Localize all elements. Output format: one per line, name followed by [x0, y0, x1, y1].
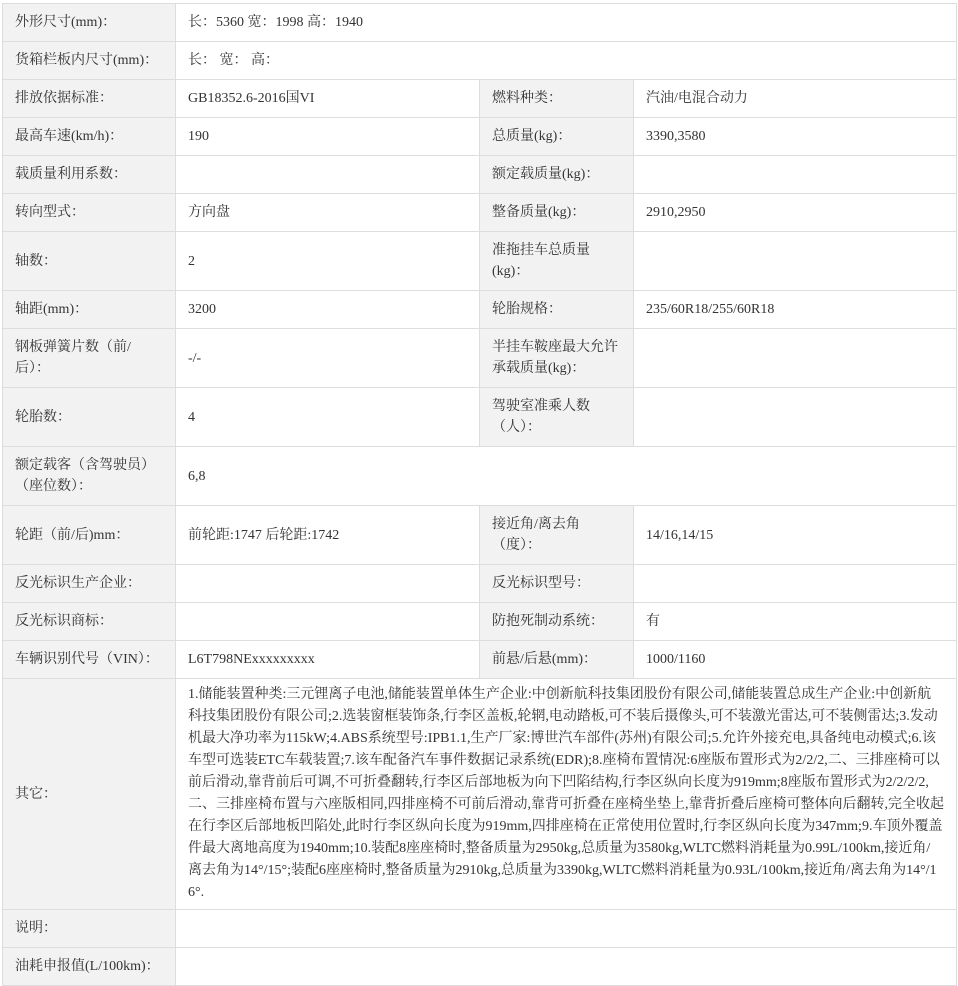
spec-label: 轴数：	[3, 232, 176, 291]
spec-label: 轮距（前/后)mm：	[3, 506, 176, 565]
table-row: 其它：1.储能装置种类:三元锂离子电池,储能装置单体生产企业:中创新航科技集团股…	[3, 679, 957, 910]
spec-value: 2910,2950	[634, 194, 957, 232]
spec-value: 235/60R18/255/60R18	[634, 291, 957, 329]
spec-label: 车辆识别代号（VIN）：	[3, 641, 176, 679]
spec-value: 4	[176, 388, 480, 447]
spec-value: 190	[176, 118, 480, 156]
vehicle-spec-table: 外形尺寸(mm)：长：5360 宽：1998 高：1940货箱栏板内尺寸(mm)…	[2, 3, 957, 986]
table-row: 反光标识生产企业：反光标识型号：	[3, 565, 957, 603]
spec-value: 3200	[176, 291, 480, 329]
spec-label: 反光标识商标：	[3, 603, 176, 641]
spec-label: 油耗申报值(L/100km)：	[3, 948, 176, 986]
table-row: 轴距(mm)：3200轮胎规格：235/60R18/255/60R18	[3, 291, 957, 329]
spec-label: 额定载客（含驾驶员）（座位数）：	[3, 447, 176, 506]
spec-value: -/-	[176, 329, 480, 388]
table-row: 外形尺寸(mm)：长：5360 宽：1998 高：1940	[3, 4, 957, 42]
spec-value	[634, 565, 957, 603]
table-row: 钢板弹簧片数（前/后）：-/-半挂车鞍座最大允许承载质量(kg)：	[3, 329, 957, 388]
spec-value: 长：5360 宽：1998 高：1940	[176, 4, 957, 42]
spec-value	[176, 948, 957, 986]
spec-value	[176, 910, 957, 948]
spec-value: 6,8	[176, 447, 957, 506]
spec-value: 14/16,14/15	[634, 506, 957, 565]
spec-label: 其它：	[3, 679, 176, 910]
table-row: 车辆识别代号（VIN）：L6T798NExxxxxxxxx前悬/后悬(mm)：1…	[3, 641, 957, 679]
spec-label: 准拖挂车总质量(kg)：	[480, 232, 634, 291]
table-row: 排放依据标准：GB18352.6-2016国VI燃料种类：汽油/电混合动力	[3, 80, 957, 118]
spec-value	[176, 156, 480, 194]
spec-label: 接近角/离去角（度）：	[480, 506, 634, 565]
spec-label: 反光标识生产企业：	[3, 565, 176, 603]
table-row: 反光标识商标：防抱死制动系统：有	[3, 603, 957, 641]
spec-value: 有	[634, 603, 957, 641]
spec-value: 1000/1160	[634, 641, 957, 679]
spec-label: 轴距(mm)：	[3, 291, 176, 329]
table-row: 最高车速(km/h)：190总质量(kg)：3390,3580	[3, 118, 957, 156]
spec-value: 汽油/电混合动力	[634, 80, 957, 118]
spec-label: 外形尺寸(mm)：	[3, 4, 176, 42]
table-row: 额定载客（含驾驶员）（座位数）：6,8	[3, 447, 957, 506]
spec-value: 3390,3580	[634, 118, 957, 156]
spec-value	[634, 232, 957, 291]
spec-value	[634, 388, 957, 447]
table-row: 油耗申报值(L/100km)：	[3, 948, 957, 986]
table-row: 轮胎数：4驾驶室准乘人数（人）：	[3, 388, 957, 447]
table-row: 货箱栏板内尺寸(mm)：长： 宽： 高：	[3, 42, 957, 80]
spec-value: 前轮距:1747 后轮距:1742	[176, 506, 480, 565]
spec-value: 方向盘	[176, 194, 480, 232]
spec-label: 货箱栏板内尺寸(mm)：	[3, 42, 176, 80]
spec-label: 轮胎数：	[3, 388, 176, 447]
spec-label: 最高车速(km/h)：	[3, 118, 176, 156]
spec-label: 前悬/后悬(mm)：	[480, 641, 634, 679]
spec-label: 钢板弹簧片数（前/后）：	[3, 329, 176, 388]
spec-label: 转向型式：	[3, 194, 176, 232]
spec-label: 总质量(kg)：	[480, 118, 634, 156]
spec-label: 额定载质量(kg)：	[480, 156, 634, 194]
spec-label: 说明：	[3, 910, 176, 948]
vehicle-spec-page: 外形尺寸(mm)：长：5360 宽：1998 高：1940货箱栏板内尺寸(mm)…	[0, 0, 958, 884]
spec-label: 整备质量(kg)：	[480, 194, 634, 232]
spec-value: 长： 宽： 高：	[176, 42, 957, 80]
spec-value	[634, 329, 957, 388]
spec-label: 驾驶室准乘人数（人）：	[480, 388, 634, 447]
spec-value: L6T798NExxxxxxxxx	[176, 641, 480, 679]
spec-value	[634, 156, 957, 194]
spec-value: 1.储能装置种类:三元锂离子电池,储能装置单体生产企业:中创新航科技集团股份有限…	[176, 679, 957, 910]
spec-value: 2	[176, 232, 480, 291]
spec-label: 排放依据标准：	[3, 80, 176, 118]
spec-label: 半挂车鞍座最大允许承载质量(kg)：	[480, 329, 634, 388]
table-body: 外形尺寸(mm)：长：5360 宽：1998 高：1940货箱栏板内尺寸(mm)…	[3, 4, 957, 986]
spec-value	[176, 565, 480, 603]
table-row: 转向型式：方向盘整备质量(kg)：2910,2950	[3, 194, 957, 232]
table-row: 轴数：2准拖挂车总质量(kg)：	[3, 232, 957, 291]
table-row: 说明：	[3, 910, 957, 948]
spec-label: 燃料种类：	[480, 80, 634, 118]
spec-label: 载质量利用系数：	[3, 156, 176, 194]
spec-value	[176, 603, 480, 641]
spec-label: 轮胎规格：	[480, 291, 634, 329]
table-row: 载质量利用系数：额定载质量(kg)：	[3, 156, 957, 194]
table-row: 轮距（前/后)mm：前轮距:1747 后轮距:1742接近角/离去角（度）：14…	[3, 506, 957, 565]
spec-label: 反光标识型号：	[480, 565, 634, 603]
spec-value: GB18352.6-2016国VI	[176, 80, 480, 118]
spec-label: 防抱死制动系统：	[480, 603, 634, 641]
